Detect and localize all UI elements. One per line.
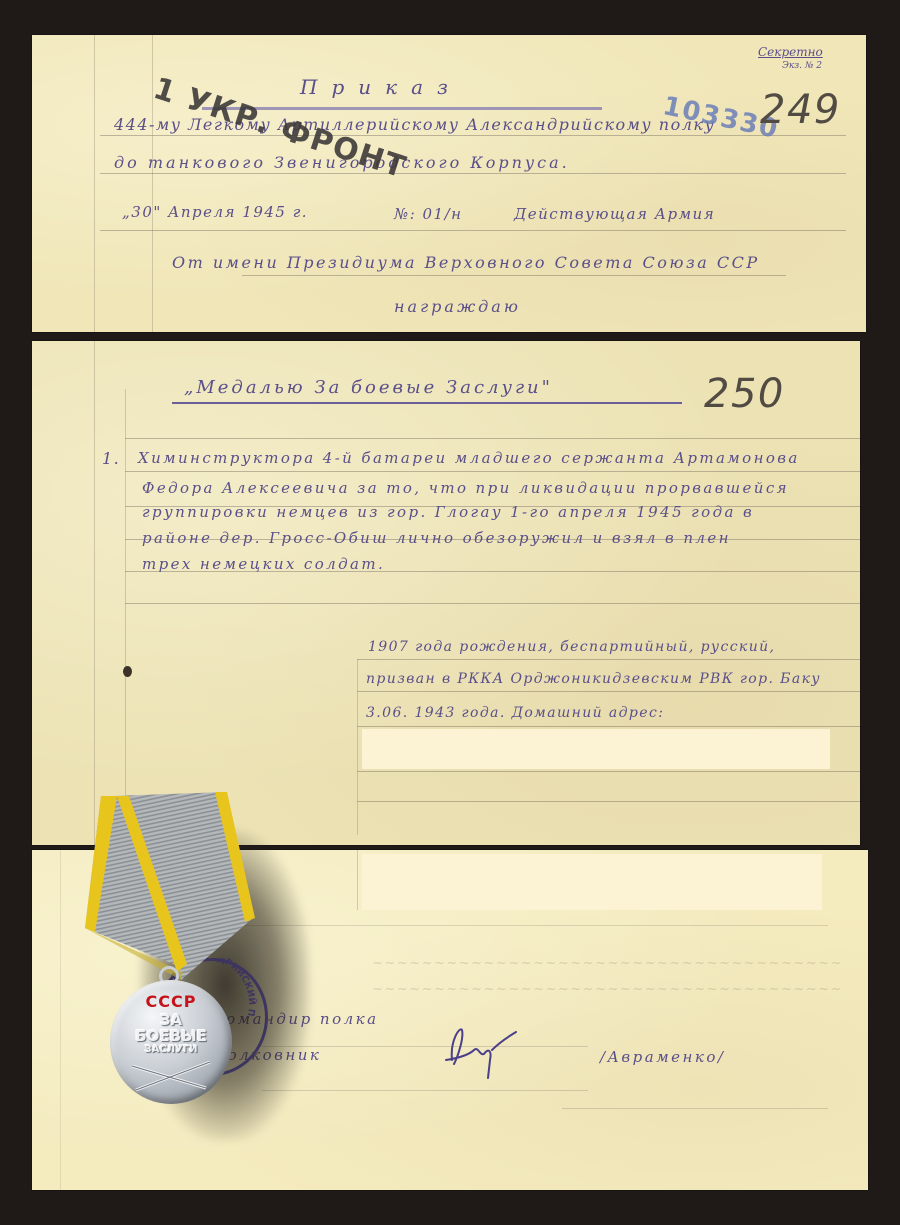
order-preamble: От имени Президиума Верховного Совета Со… [172, 253, 760, 272]
pencil-page-number: 250 [704, 371, 785, 417]
medal-cccp-text: СССР [110, 992, 232, 1011]
medal-ribbon [85, 788, 265, 988]
heading-underline [172, 402, 682, 404]
citation-line-5: трех немецких солдат. [142, 555, 385, 573]
order-title: Приказ [300, 75, 462, 99]
order-date: „30" Апреля 1945 г. [122, 203, 308, 221]
medal-inscription-line-3: ЗАСЛУГИ [110, 1044, 232, 1056]
bio-line-3: 3.06. 1943 года. Домашний адрес: [366, 705, 664, 721]
redacted-area [362, 854, 822, 910]
medal-inscription-line-1: ЗА [110, 1013, 232, 1028]
medal-heading: „Медалью За боевые Заслуги" [184, 377, 553, 398]
order-number: №: 01/н [394, 205, 463, 223]
medal-inscription-line-2: БОЕВЫЕ [110, 1028, 232, 1044]
punch-hole [123, 666, 132, 677]
entry-number: 1. [102, 449, 120, 468]
bio-line-1: 1907 года рождения, беспартийный, русски… [368, 639, 775, 655]
bio-line-2: призван в РККА Орджоникидзевским РВК гор… [366, 671, 821, 687]
citation-line-2: Федора Алексеевича за то, что при ликвид… [142, 479, 789, 497]
crossed-rifles-sword-icon [126, 1058, 216, 1094]
secrecy-mark: Секретно [758, 45, 823, 59]
award-verb: награждаю [394, 297, 521, 316]
top-sheet: Секретно Экз. № 2 Приказ 444-му Легкому … [32, 35, 866, 332]
citation-line-3: группировки немцев из гор. Глогау 1-го а… [142, 503, 754, 521]
combat-merit-medal: СССР ЗА БОЕВЫЕ ЗАСЛУГИ [110, 980, 232, 1104]
bleed-through-text: ~~~~~~~~~~~~~~~~~~~~~~~~~~~~~~~~~~~~~~ [372, 982, 843, 997]
commander-name: /Авраменко/ [600, 1048, 725, 1066]
citation-line-4: районе дер. Гросс-Обиш лично обезоружил … [142, 529, 731, 547]
signature [440, 1020, 520, 1084]
pencil-page-number: 249 [760, 87, 841, 133]
copy-mark: Экз. № 2 [782, 61, 822, 71]
middle-sheet: „Медалью За боевые Заслуги" 250 1. Химин… [32, 341, 860, 845]
citation-line-1: Химинструктора 4-й батареи младшего серж… [138, 449, 800, 467]
bleed-through-text: ~~~~~~~~~~~~~~~~~~~~~~~~~~~~~~~~~~~~~~ [372, 956, 843, 971]
redacted-home-address [362, 729, 830, 769]
order-location: Действующая Армия [514, 205, 715, 223]
